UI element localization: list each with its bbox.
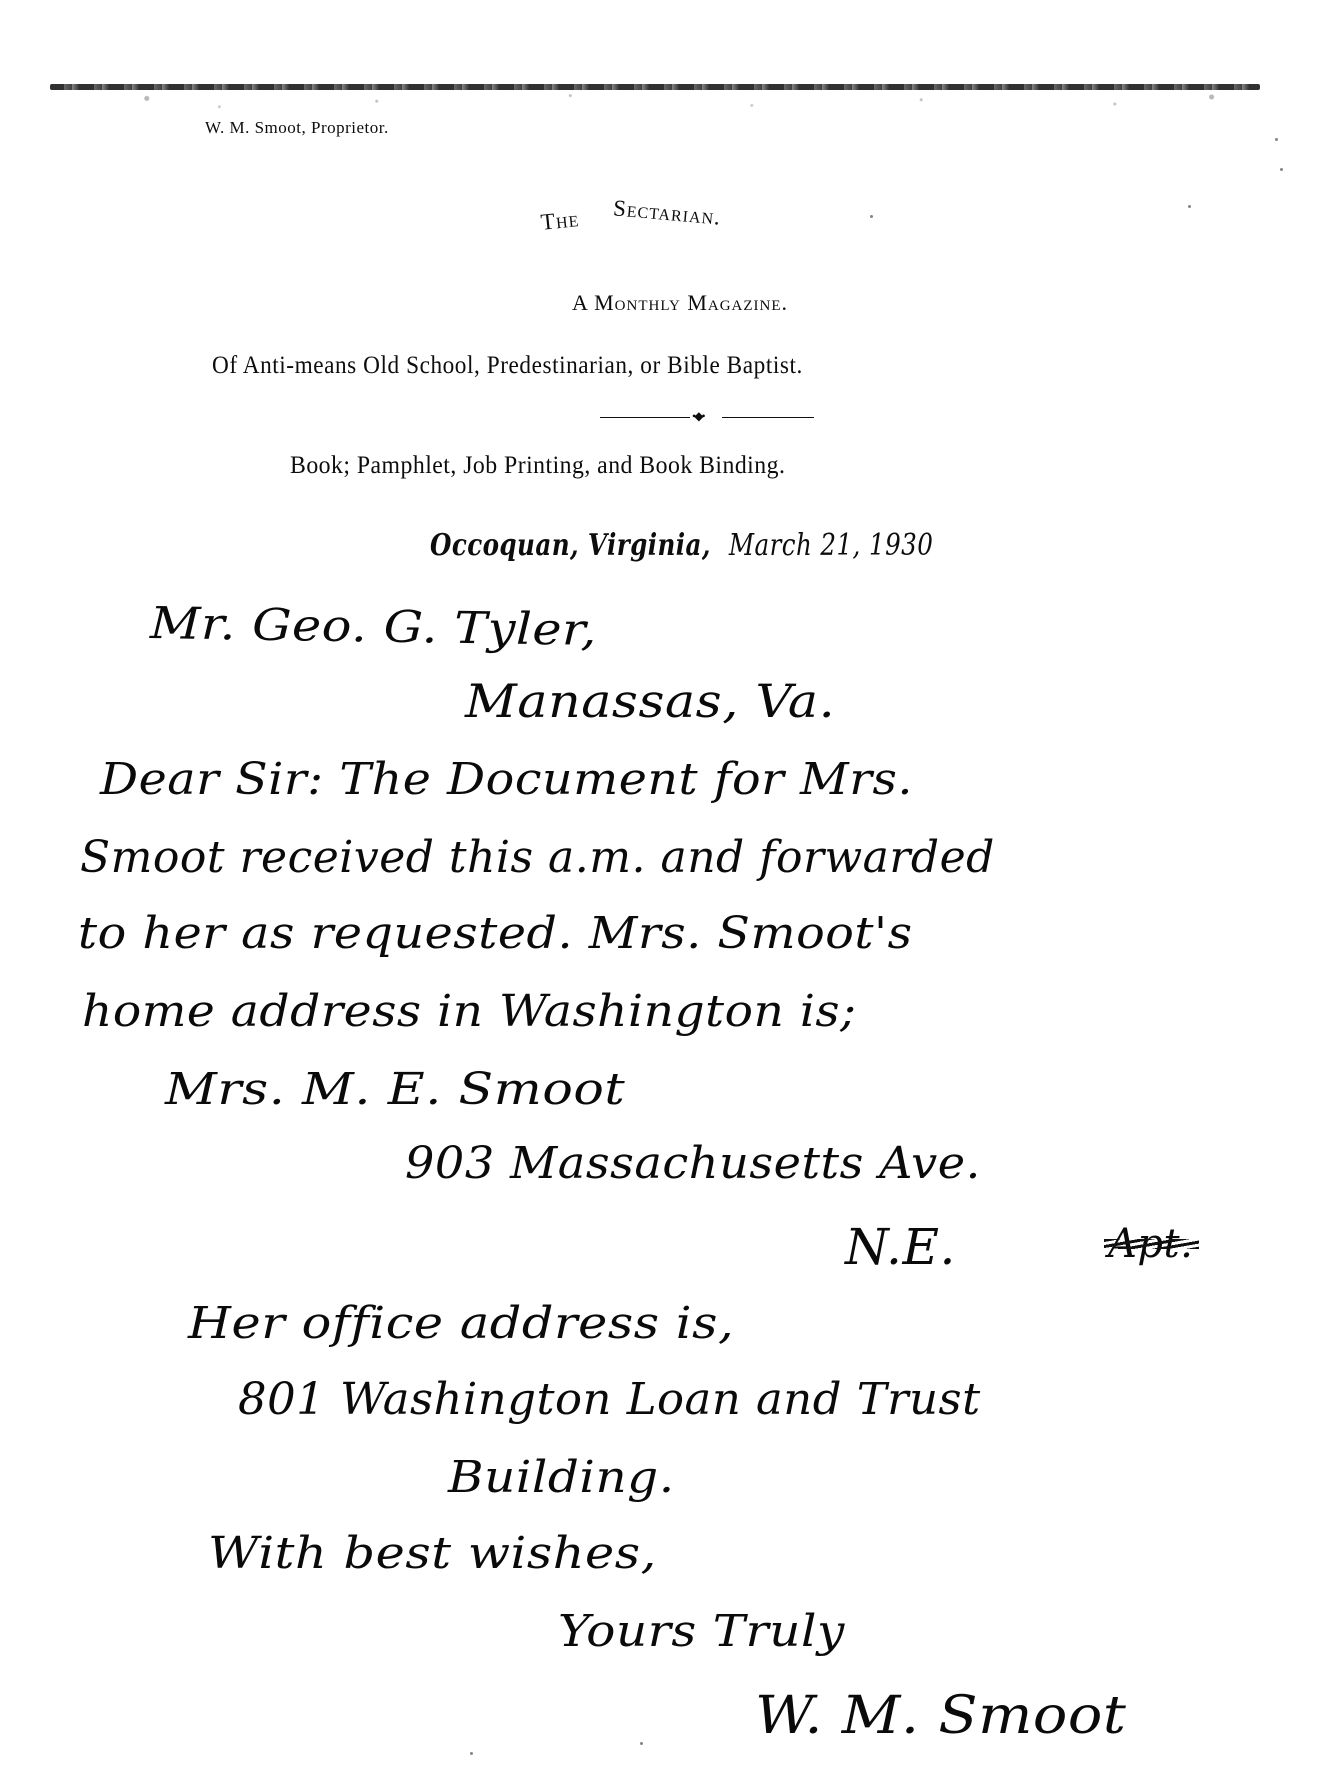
home-address-name: Mrs. M. E. Smoot: [165, 1068, 625, 1112]
letterhead-services: Book; Pamphlet, Job Printing, and Book B…: [290, 452, 785, 480]
recipient-city: Manassas, Va.: [465, 678, 835, 724]
body-line-4: home address in Washington is;: [82, 990, 857, 1034]
home-address-quadrant: N.E.: [845, 1222, 956, 1272]
letterhead-proprietor: W. M. Smoot, Proprietor.: [205, 118, 389, 138]
scan-speck: [1275, 138, 1278, 141]
letterhead-subtitle: A Monthly Magazine.: [0, 290, 1320, 316]
letterhead-denomination: Of Anti-means Old School, Predestinarian…: [212, 352, 803, 380]
body-line-2: Smoot received this a.m. and forwarded: [80, 836, 995, 880]
office-address-line-2: Building.: [448, 1456, 675, 1500]
divider-line-right: [722, 417, 814, 418]
body-line-3: to her as requested. Mrs. Smoot's: [78, 912, 913, 956]
dateline: Occoquan, Virginia,March 21, 1930: [430, 528, 933, 563]
signature: W. M. Smoot: [755, 1690, 1126, 1742]
scan-speck: [870, 215, 873, 218]
letterhead-masthead: The Sectarian.: [540, 200, 721, 226]
scan-speck: [1188, 205, 1191, 208]
letter-page: W. M. Smoot, Proprietor. The Sectarian. …: [0, 0, 1320, 1778]
divider-line-left: [600, 417, 690, 418]
scan-speck: [640, 1742, 643, 1745]
dateline-place: Occoquan, Virginia,: [430, 528, 711, 563]
scan-noise: [50, 90, 1260, 118]
scan-speck: [470, 1752, 473, 1755]
scan-speck: [1280, 168, 1283, 171]
body-line-1: Dear Sir: The Document for Mrs.: [100, 758, 913, 802]
closing: With best wishes,: [208, 1532, 657, 1576]
struck-out-text: Apt.: [1108, 1224, 1193, 1264]
masthead-title: Sectarian.: [612, 195, 722, 230]
office-intro: Her office address is,: [188, 1302, 734, 1346]
ornamental-divider: •◆•: [600, 413, 814, 423]
recipient-name: Mr. Geo. G. Tyler,: [150, 602, 598, 653]
masthead-the: The: [540, 206, 581, 236]
home-address-street: 903 Massachusetts Ave.: [405, 1142, 981, 1186]
dateline-date: March 21, 1930: [729, 528, 933, 563]
valediction: Yours Truly: [558, 1610, 845, 1654]
divider-ornament-icon: •◆•: [692, 410, 704, 422]
office-address-line-1: 801 Washington Loan and Trust: [238, 1378, 981, 1422]
struck-out-word: Apt.: [1108, 1224, 1193, 1264]
